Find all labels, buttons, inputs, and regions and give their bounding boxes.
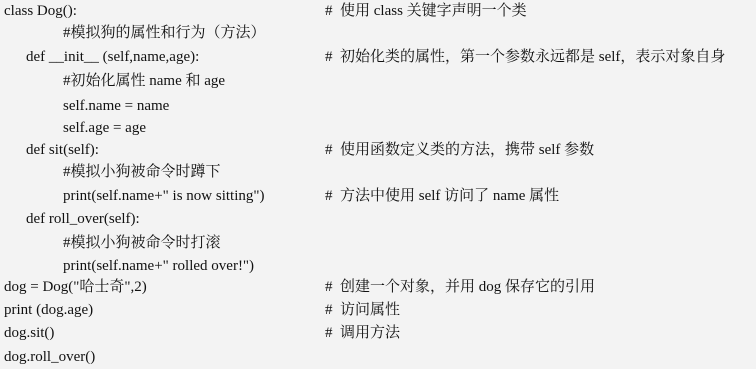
- code-text: print (dog.age): [4, 299, 93, 321]
- code-line-roll-over-print: print(self.name+" rolled over!"): [0, 255, 756, 277]
- code-comment: # 调用方法: [325, 322, 400, 344]
- code-comment: # 方法中使用 self 访问了 name 属性: [325, 185, 559, 207]
- code-listing: class Dog(): # 使用 class 关键字声明一个类 #模拟狗的属性…: [0, 0, 756, 369]
- code-text: def sit(self):: [26, 139, 99, 161]
- code-text: self.name = name: [63, 95, 169, 117]
- code-line-roll-over-comment: #模拟小狗被命令时打滚: [0, 232, 756, 254]
- code-comment: # 使用 class 关键字声明一个类: [325, 0, 527, 22]
- code-text: dog.sit(): [4, 322, 54, 344]
- code-text: print(self.name+" rolled over!"): [63, 255, 254, 277]
- code-line-sit-comment: #模拟小狗被命令时蹲下: [0, 161, 756, 183]
- code-text: #初始化属性 name 和 age: [63, 70, 225, 92]
- code-text: print(self.name+" is now sitting"): [63, 185, 265, 207]
- code-text: #模拟小狗被命令时打滚: [63, 232, 221, 254]
- code-comment: # 访问属性: [325, 299, 400, 321]
- code-line-print-age: print (dog.age) # 访问属性: [0, 299, 756, 321]
- code-line-class-doc-comment: #模拟狗的属性和行为（方法）: [0, 22, 756, 44]
- code-line-call-roll-over: dog.roll_over(): [0, 346, 756, 368]
- code-line-sit-def: def sit(self): # 使用函数定义类的方法，携带 self 参数: [0, 139, 756, 161]
- code-text: self.age = age: [63, 117, 146, 139]
- code-text: class Dog():: [4, 0, 77, 22]
- code-text: def __init__ (self,name,age):: [26, 46, 199, 68]
- code-text: dog.roll_over(): [4, 346, 95, 368]
- code-comment: # 初始化类的属性，第一个参数永远都是 self，表示对象自身: [325, 46, 725, 68]
- code-line-assign-name: self.name = name: [0, 95, 756, 117]
- code-text: dog = Dog("哈士奇",2): [4, 276, 147, 298]
- code-line-create-instance: dog = Dog("哈士奇",2) # 创建一个对象，并用 dog 保存它的引…: [0, 276, 756, 298]
- code-text: #模拟狗的属性和行为（方法）: [63, 22, 266, 44]
- code-comment: # 创建一个对象，并用 dog 保存它的引用: [325, 276, 595, 298]
- code-line-init-comment: #初始化属性 name 和 age: [0, 70, 756, 92]
- code-line-sit-print: print(self.name+" is now sitting") # 方法中…: [0, 185, 756, 207]
- code-line-roll-over-def: def roll_over(self):: [0, 208, 756, 230]
- code-text: def roll_over(self):: [26, 208, 140, 230]
- code-comment: # 使用函数定义类的方法，携带 self 参数: [325, 139, 594, 161]
- code-text: #模拟小狗被命令时蹲下: [63, 161, 221, 183]
- code-line-call-sit: dog.sit() # 调用方法: [0, 322, 756, 344]
- code-line-init-def: def __init__ (self,name,age): # 初始化类的属性，…: [0, 46, 756, 68]
- code-line-assign-age: self.age = age: [0, 117, 756, 139]
- code-line-class-declaration: class Dog(): # 使用 class 关键字声明一个类: [0, 0, 756, 22]
